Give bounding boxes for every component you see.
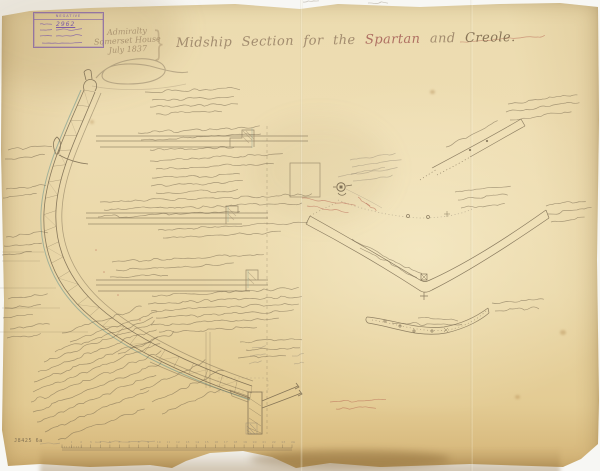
stamp-header: NEGATIVE — [34, 13, 103, 20]
scale-bar — [62, 448, 292, 450]
midship-section-drawing: 123456789101112131415161718192021222324 — [0, 0, 600, 471]
floor-timber-v-piece — [306, 200, 549, 300]
svg-text:15: 15 — [205, 440, 209, 444]
svg-text:21: 21 — [262, 440, 266, 444]
svg-text:10: 10 — [157, 440, 161, 444]
museum-negative-stamp: NEGATIVE 2962 — [33, 12, 104, 48]
svg-text:18: 18 — [234, 440, 238, 444]
svg-text:14: 14 — [195, 440, 199, 444]
scanned-ship-plan: 123456789101112131415161718192021222324 … — [0, 0, 600, 471]
svg-text:3: 3 — [90, 440, 92, 444]
svg-text:13: 13 — [186, 440, 190, 444]
svg-text:12: 12 — [176, 440, 180, 444]
bolt-detail-symbol — [333, 183, 382, 208]
svg-text:22: 22 — [272, 440, 276, 444]
catalog-code: J8425 6a — [14, 438, 43, 444]
stamp-number: 2962 — [56, 21, 75, 28]
svg-text:20: 20 — [253, 440, 257, 444]
svg-text:6: 6 — [119, 440, 121, 444]
svg-text:1: 1 — [71, 440, 73, 444]
keel-assembly — [150, 356, 302, 434]
title-brace: } — [152, 24, 165, 65]
svg-text:19: 19 — [243, 440, 247, 444]
svg-text:24: 24 — [291, 440, 295, 444]
deck-lines — [86, 128, 308, 291]
ship-name-creole: Creole. — [465, 30, 516, 46]
floor-head-curved-piece — [366, 308, 489, 334]
reference-square — [290, 163, 320, 197]
svg-text:23: 23 — [281, 440, 285, 444]
handwritten-annotations — [2, 0, 592, 444]
svg-text:17: 17 — [224, 440, 228, 444]
svg-text:2: 2 — [80, 440, 82, 444]
top-timber-head — [84, 70, 97, 91]
svg-text:16: 16 — [214, 440, 218, 444]
scale-bar-ticks: 123456789101112131415161718192021222324 — [62, 440, 295, 448]
signature-flourish — [92, 59, 188, 90]
svg-text:11: 11 — [166, 440, 170, 444]
ship-name-spartan: Spartan — [365, 32, 421, 48]
title-conjunction: and — [420, 31, 465, 47]
loose-timber-piece-top — [420, 119, 525, 180]
station-cross-mark — [420, 292, 428, 300]
